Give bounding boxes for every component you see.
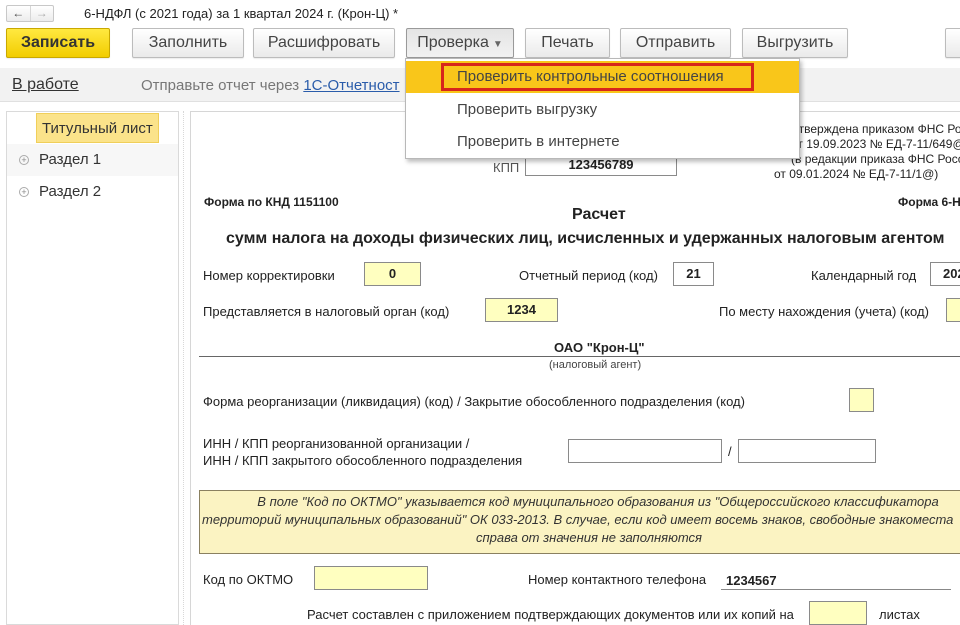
correction-field[interactable]: 0 [364, 262, 421, 286]
reorg-label: Форма реорганизации (ликвидация) (код) /… [203, 394, 745, 409]
menu-item-check-control-ratios[interactable]: Проверить контрольные соотношения [406, 61, 799, 93]
form-title: Расчет [572, 206, 626, 224]
attachments-label: Расчет составлен с приложением подтвержд… [307, 607, 794, 622]
inn-kpp-slash: / [728, 444, 732, 459]
report-form: Утверждена приказом ФНС России от 19.09.… [190, 111, 960, 625]
print-button[interactable]: Печать [525, 28, 610, 58]
phone-underline [721, 589, 951, 590]
tree-item-section-1[interactable]: + Раздел 1 [7, 144, 178, 176]
approval-line-1: Утверждена приказом ФНС России [791, 122, 960, 136]
arrow-right-icon: → [36, 6, 48, 20]
knd-label: Форма по КНД 1151100 [204, 195, 339, 209]
check-menu-button[interactable]: Проверка▼ [406, 28, 514, 58]
form-subtitle: сумм налога на доходы физических лиц, ис… [226, 230, 944, 248]
year-label: Календарный год [811, 268, 916, 283]
kpp2-field[interactable] [738, 439, 876, 463]
fill-button[interactable]: Заполнить [132, 28, 244, 58]
panel-splitter[interactable] [183, 111, 187, 625]
location-field[interactable] [946, 298, 960, 322]
window-title: 6-НДФЛ (с 2021 года) за 1 квартал 2024 г… [84, 6, 398, 21]
menu-item-label: Проверить выгрузку [457, 101, 597, 118]
tree-item-label: Титульный лист [36, 113, 159, 143]
hint-line-1: В поле "Код по ОКТМО" указывается код му… [200, 493, 960, 511]
agent-name: ОАО "Крон-Ц" [554, 340, 645, 355]
save-button[interactable]: Записать [6, 28, 110, 58]
inn-kpp-label-1: ИНН / КПП реорганизованной организации / [203, 436, 469, 451]
status-message: Отправьте отчет через 1С-Отчетност [141, 77, 400, 94]
oktmo-hint: В поле "Код по ОКТМО" указывается код му… [199, 490, 960, 554]
menu-item-check-online[interactable]: Проверить в интернете [406, 126, 799, 158]
attachments-field[interactable] [809, 601, 867, 625]
inn-kpp-label-2: ИНН / КПП закрытого обособленного подраз… [203, 453, 522, 468]
phone-field[interactable]: 1234567 [726, 573, 777, 588]
command-bar: Записать Заполнить Расшифровать Проверка… [0, 28, 960, 60]
phone-label: Номер контактного телефона [528, 572, 706, 587]
hint-line-2: территорий муниципальных образований" ОК… [200, 511, 960, 529]
status-message-text: Отправьте отчет через [141, 77, 303, 94]
inn-field[interactable] [568, 439, 722, 463]
more-button[interactable] [945, 28, 960, 58]
forward-button[interactable]: → [30, 6, 54, 21]
expand-plus-icon[interactable]: + [19, 187, 29, 197]
sheets-label: листах [879, 607, 920, 622]
send-button[interactable]: Отправить [620, 28, 731, 58]
oktmo-field[interactable] [314, 566, 428, 590]
approval-line-3: (в редакции приказа ФНС России [791, 152, 960, 166]
check-menu-label: Проверка [417, 34, 489, 51]
title-bar: ← → 6-НДФЛ (с 2021 года) за 1 квартал 20… [0, 0, 960, 26]
form-name: Форма 6-НДФЛ [898, 195, 960, 209]
chevron-down-icon: ▼ [493, 39, 503, 50]
agent-underline [199, 356, 960, 357]
arrow-left-icon: ← [12, 6, 24, 20]
reporting-service-link[interactable]: 1С-Отчетност [303, 77, 399, 94]
approval-line-4: от 09.01.2024 № ЕД-7-11/1@) [774, 167, 938, 181]
agent-caption: (налоговый агент) [549, 359, 641, 371]
oktmo-label: Код по ОКТМО [203, 572, 293, 587]
approval-line-2: от 19.09.2023 № ЕД-7-11/649@ [791, 137, 960, 151]
export-button[interactable]: Выгрузить [742, 28, 848, 58]
tree-item-title-page[interactable]: Титульный лист [7, 112, 178, 144]
location-label: По месту нахождения (учета) (код) [719, 304, 929, 319]
correction-label: Номер корректировки [203, 268, 335, 283]
decode-button[interactable]: Расшифровать [253, 28, 395, 58]
expand-plus-icon[interactable]: + [19, 155, 29, 165]
history-nav: ← → [6, 5, 54, 22]
back-button[interactable]: ← [7, 6, 30, 21]
tree-item-label: Раздел 2 [39, 176, 101, 208]
period-field[interactable]: 21 [673, 262, 714, 286]
sections-tree: Титульный лист + Раздел 1 + Раздел 2 [6, 111, 179, 625]
check-dropdown-menu: Проверить контрольные соотношения Провер… [405, 58, 800, 159]
tax-authority-label: Представляется в налоговый орган (код) [203, 304, 449, 319]
tree-item-label: Раздел 1 [39, 144, 101, 176]
kpp-label: КПП [493, 160, 519, 175]
status-state-link[interactable]: В работе [12, 76, 79, 94]
period-label: Отчетный период (код) [519, 268, 658, 283]
tax-authority-field[interactable]: 1234 [485, 298, 558, 322]
menu-item-label: Проверить контрольные соотношения [457, 68, 724, 85]
hint-line-3: справа от значения не заполняются [200, 529, 960, 547]
tree-item-section-2[interactable]: + Раздел 2 [7, 176, 178, 208]
reorg-field[interactable] [849, 388, 874, 412]
menu-item-check-export[interactable]: Проверить выгрузку [406, 94, 799, 126]
menu-item-label: Проверить в интернете [457, 133, 620, 150]
year-field[interactable]: 2024 [930, 262, 960, 286]
